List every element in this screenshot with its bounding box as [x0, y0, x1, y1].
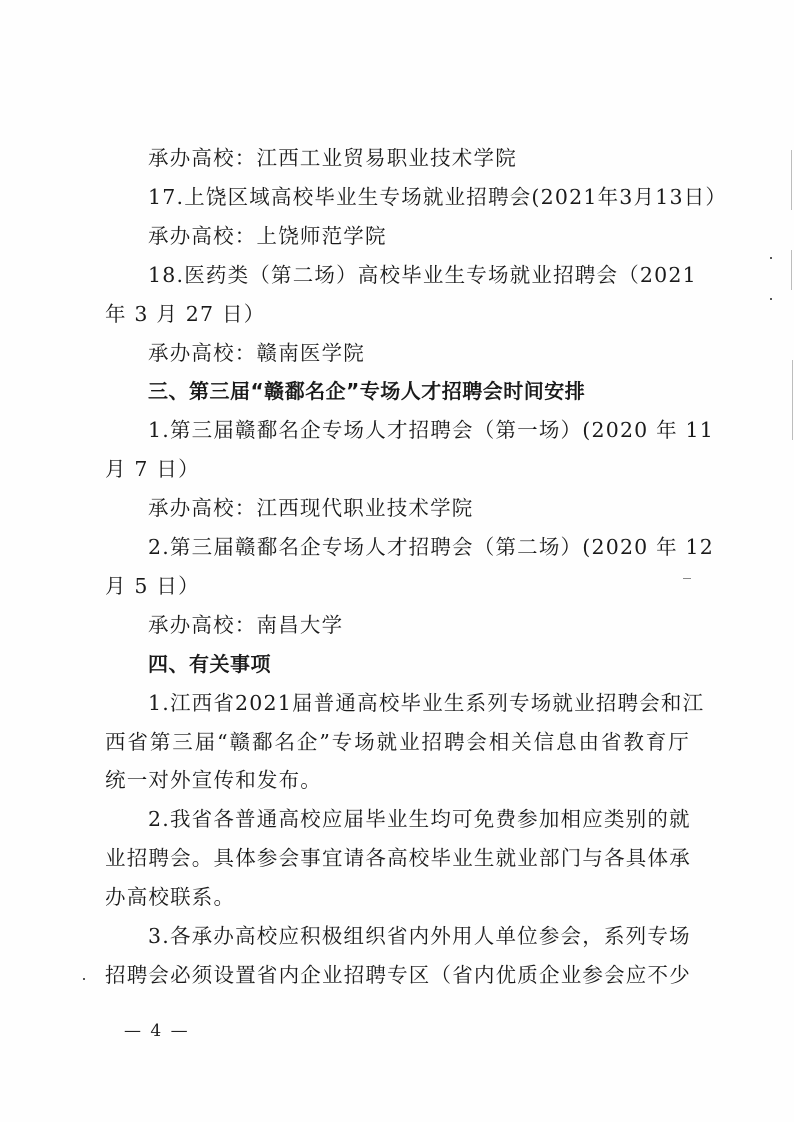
page-number: — 4 —: [124, 1019, 190, 1043]
scan-artifact: [791, 150, 792, 210]
text-line: 西省第三届“赣鄱名企”专场就业招聘会相关信息由省教育厅: [105, 723, 690, 762]
text-line: 月 7 日）: [105, 450, 690, 489]
text-line: 17.上饶区域高校毕业生专场就业招聘会(2021年3月13日）: [148, 178, 690, 217]
text-line: 承办高校：上饶师范学院: [148, 217, 690, 256]
text-line: 1.江西省2021届普通高校毕业生系列专场就业招聘会和江: [148, 684, 690, 723]
scan-artifact: [770, 298, 772, 300]
text-line: 18.医药类（第二场）高校毕业生专场就业招聘会（2021: [148, 256, 690, 295]
scan-artifact: [792, 360, 793, 440]
text-line: 承办高校：江西现代职业技术学院: [148, 489, 690, 528]
text-line: 年 3 月 27 日）: [105, 295, 690, 334]
text-line: 2.我省各普通高校应届毕业生均可免费参加相应类别的就: [148, 800, 690, 839]
text-line: 1.第三届赣鄱名企专场人才招聘会（第一场）(2020 年 11: [148, 411, 690, 450]
section-heading: 三、第三届“赣鄱名企”专场人才招聘会时间安排: [148, 372, 690, 411]
scan-artifact: [683, 578, 691, 579]
scan-artifact: [791, 250, 792, 290]
text-line: 2.第三届赣鄱名企专场人才招聘会（第二场）(2020 年 12: [148, 528, 690, 567]
text-line: 月 5 日）: [105, 567, 690, 606]
section-heading: 四、有关事项: [148, 645, 690, 684]
document-page: 承办高校：江西工业贸易职业技术学院17.上饶区域高校毕业生专场就业招聘会(202…: [0, 0, 794, 1122]
scan-artifact: [83, 978, 85, 980]
text-line: 统一对外宣传和发布。: [105, 761, 690, 800]
text-line: 招聘会必须设置省内企业招聘专区（省内优质企业参会应不少: [105, 956, 690, 995]
text-line: 承办高校：江西工业贸易职业技术学院: [148, 139, 690, 178]
scan-artifact: [770, 257, 772, 259]
text-line: 业招聘会。具体参会事宜请各高校毕业生就业部门与各具体承: [105, 839, 690, 878]
text-line: 3.各承办高校应积极组织省内外用人单位参会，系列专场: [148, 917, 690, 956]
text-line: 承办高校：赣南医学院: [148, 334, 690, 373]
text-line: 办高校联系。: [105, 878, 690, 917]
text-line: 承办高校：南昌大学: [148, 606, 690, 645]
